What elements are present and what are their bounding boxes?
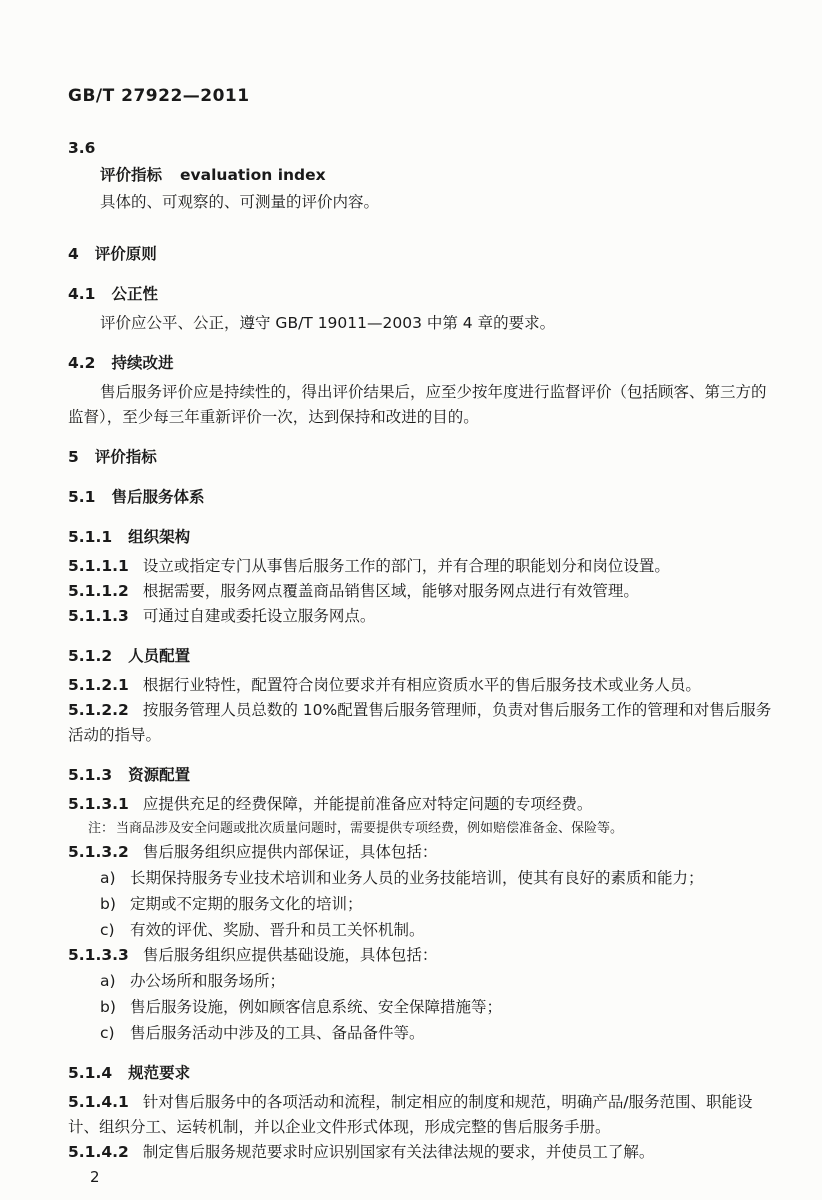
clause-text: 设立或指定专门从事售后服务工作的部门，并有合理的职能划分和岗位设置。 (143, 557, 670, 575)
list-item-a: a)长期保持服务专业技术培训和业务人员的业务技能培训，使其有良好的素质和能力； (68, 865, 772, 891)
section-5-1-4-heading: 5.1.4规范要求 (68, 1061, 772, 1086)
section-4-2-heading: 4.2持续改进 (68, 351, 772, 376)
clause-5-1-1-2: 5.1.1.2根据需要，服务网点覆盖商品销售区域，能够对服务网点进行有效管理。 (68, 579, 772, 604)
term-entry: 评价指标evaluation index (68, 162, 772, 189)
section-title: 规范要求 (128, 1064, 190, 1082)
list-item-b: b)定期或不定期的服务文化的培训； (68, 891, 772, 917)
clause-text: 制定售后服务规范要求时应识别国家有关法律法规的要求，并使员工了解。 (143, 1143, 655, 1161)
clause-5-1-4-2: 5.1.4.2制定售后服务规范要求时应识别国家有关法律法规的要求，并使员工了解。 (68, 1140, 772, 1165)
list-marker: c) (100, 1020, 130, 1046)
list-text: 长期保持服务专业技术培训和业务人员的业务技能培训，使其有良好的素质和能力； (130, 869, 704, 887)
clause-5-1-3-3: 5.1.3.3售后服务组织应提供基础设施，具体包括： (68, 943, 772, 968)
section-number: 5.1 (68, 488, 95, 506)
section-4-1-heading: 4.1公正性 (68, 282, 772, 307)
section-number: 5.1.3 (68, 766, 112, 784)
list-marker: b) (100, 891, 130, 917)
clause-text: 应提供充足的经费保障，并能提前准备应对特定问题的专项经费。 (143, 795, 593, 813)
term-definition: 具体的、可观察的、可测量的评价内容。 (68, 189, 772, 216)
list-item-c: c)有效的评优、奖励、晋升和员工关怀机制。 (68, 917, 772, 943)
list-marker: a) (100, 865, 130, 891)
term-number: 3.6 (68, 135, 772, 162)
note-label: 注： (88, 821, 114, 836)
section-title: 评价指标 (95, 448, 157, 466)
clause-text: 可通过自建或委托设立服务网点。 (143, 607, 376, 625)
section-5-1-3-heading: 5.1.3资源配置 (68, 763, 772, 788)
section-title: 评价原则 (95, 245, 157, 263)
clause-text: 售后服务组织应提供基础设施，具体包括： (143, 946, 438, 964)
clause-number: 5.1.1.1 (68, 557, 129, 575)
clause-5-1-1-1: 5.1.1.1设立或指定专门从事售后服务工作的部门，并有合理的职能划分和岗位设置… (68, 554, 772, 579)
note-text: 当商品涉及安全问题或批次质量问题时，需要提供专项经费，例如赔偿准备金、保险等。 (116, 821, 623, 836)
clause-5-1-4-1: 5.1.4.1针对售后服务中的各项活动和流程，制定相应的制度和规范，明确产品/服… (68, 1090, 772, 1140)
clause-5-1-3-1: 5.1.3.1应提供充足的经费保障，并能提前准备应对特定问题的专项经费。 (68, 792, 772, 817)
clause-number: 5.1.2.1 (68, 676, 129, 694)
note: 注：当商品涉及安全问题或批次质量问题时，需要提供专项经费，例如赔偿准备金、保险等… (68, 817, 772, 840)
clause-number: 5.1.3.1 (68, 795, 129, 813)
section-title: 公正性 (111, 285, 158, 303)
list-text: 办公场所和服务场所； (130, 972, 285, 990)
paragraph: 评价应公平、公正，遵守 GB/T 19011—2003 中第 4 章的要求。 (68, 311, 772, 336)
list-marker: a) (100, 968, 130, 994)
clause-number: 5.1.4.2 (68, 1143, 129, 1161)
clause-number: 5.1.4.1 (68, 1093, 129, 1111)
section-number: 5 (68, 448, 79, 466)
clause-number: 5.1.3.3 (68, 946, 129, 964)
clause-number: 5.1.1.3 (68, 607, 129, 625)
clause-text: 按服务管理人员总数的 10%配置售后服务管理师，负责对售后服务工作的管理和对售后… (68, 701, 771, 744)
clause-number: 5.1.3.2 (68, 843, 129, 861)
section-number: 4 (68, 245, 79, 263)
document-page: GB/T 27922—2011 3.6 评价指标evaluation index… (0, 0, 822, 1200)
section-5-1-1-heading: 5.1.1组织架构 (68, 525, 772, 550)
section-title: 资源配置 (128, 766, 190, 784)
page-number: 2 (68, 1165, 772, 1190)
paragraph: 售后服务评价应是持续性的，得出评价结果后，应至少按年度进行监督评价（包括顾客、第… (68, 380, 772, 430)
section-5-heading: 5评价指标 (68, 445, 772, 470)
list-item-c: c)售后服务活动中涉及的工具、备品备件等。 (68, 1020, 772, 1046)
clause-5-1-1-3: 5.1.1.3可通过自建或委托设立服务网点。 (68, 604, 772, 629)
list-text: 售后服务设施，例如顾客信息系统、安全保障措施等； (130, 998, 502, 1016)
list-item-b: b)售后服务设施，例如顾客信息系统、安全保障措施等； (68, 994, 772, 1020)
list-marker: b) (100, 994, 130, 1020)
term-zh: 评价指标 (100, 166, 162, 184)
clause-5-1-3-2: 5.1.3.2售后服务组织应提供内部保证，具体包括： (68, 840, 772, 865)
list-item-a: a)办公场所和服务场所； (68, 968, 772, 994)
section-title: 人员配置 (128, 647, 190, 665)
section-5-1-2-heading: 5.1.2人员配置 (68, 644, 772, 669)
section-number: 5.1.1 (68, 528, 112, 546)
clause-text: 根据需要，服务网点覆盖商品销售区域，能够对服务网点进行有效管理。 (143, 582, 639, 600)
section-5-1-heading: 5.1售后服务体系 (68, 485, 772, 510)
clause-5-1-2-2: 5.1.2.2按服务管理人员总数的 10%配置售后服务管理师，负责对售后服务工作… (68, 698, 772, 748)
clause-text: 针对售后服务中的各项活动和流程，制定相应的制度和规范，明确产品/服务范围、职能设… (68, 1093, 753, 1136)
list-text: 定期或不定期的服务文化的培训； (130, 895, 363, 913)
section-number: 4.1 (68, 285, 95, 303)
section-title: 持续改进 (111, 354, 173, 372)
list-text: 售后服务活动中涉及的工具、备品备件等。 (130, 1024, 425, 1042)
section-number: 5.1.2 (68, 647, 112, 665)
list-text: 有效的评优、奖励、晋升和员工关怀机制。 (130, 921, 425, 939)
clause-number: 5.1.2.2 (68, 701, 129, 719)
term-en: evaluation index (180, 166, 326, 184)
clause-5-1-2-1: 5.1.2.1根据行业特性，配置符合岗位要求并有相应资质水平的售后服务技术或业务… (68, 673, 772, 698)
section-number: 5.1.4 (68, 1064, 112, 1082)
clause-text: 售后服务组织应提供内部保证，具体包括： (143, 843, 438, 861)
clause-text: 根据行业特性，配置符合岗位要求并有相应资质水平的售后服务技术或业务人员。 (143, 676, 701, 694)
list-marker: c) (100, 917, 130, 943)
standard-code: GB/T 27922—2011 (68, 84, 772, 109)
section-number: 4.2 (68, 354, 95, 372)
section-title: 售后服务体系 (111, 488, 204, 506)
clause-number: 5.1.1.2 (68, 582, 129, 600)
section-4-heading: 4评价原则 (68, 242, 772, 267)
section-title: 组织架构 (128, 528, 190, 546)
